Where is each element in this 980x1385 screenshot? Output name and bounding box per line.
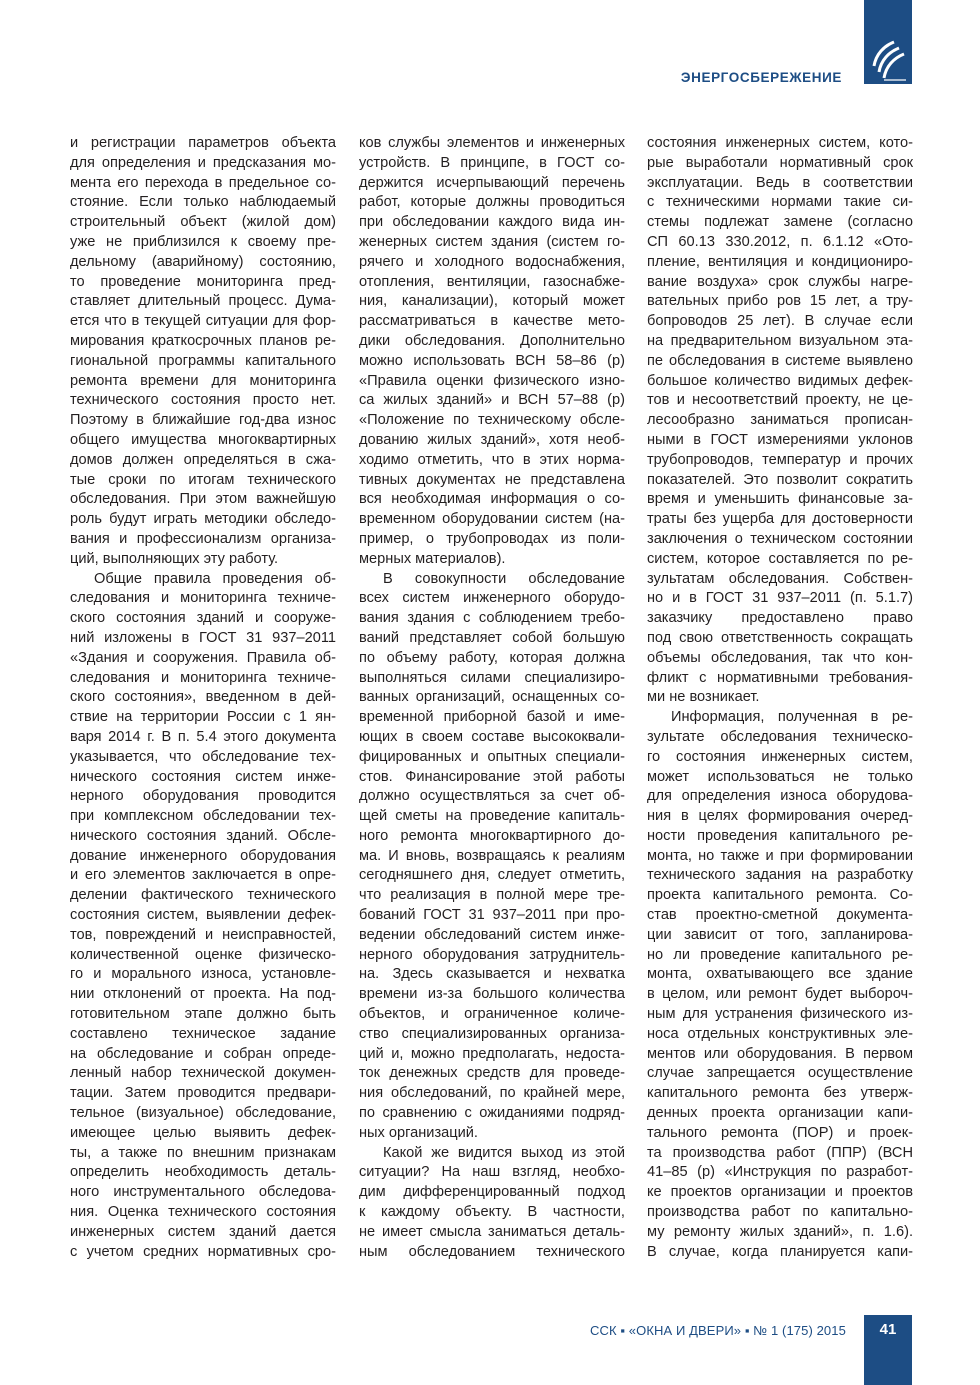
publication-footer: ССК ▪ «ОКНА И ДВЕРИ» ▪ № 1 (175) 2015 [590,1323,846,1338]
text-line: денных проекта организации капи- [647,1104,913,1124]
text-line: Общие правила проведения об- [70,570,336,590]
text-line: время и уменьшить финансовые за- [647,490,913,510]
page-number: 41 [864,1321,912,1338]
text-line: вся необходимая информация о со- [359,490,625,510]
text-line: готовительном этапе должно быть [70,1005,336,1025]
text-line: с учетом средних нормативных сро- [70,1243,336,1263]
text-line: может использоваться не только [647,768,913,788]
text-line: ставляет длительный процесс. Дума- [70,292,336,312]
text-line: строительный объект (жилой дом) [70,213,336,233]
text-line: на. Здесь сказывается и нехватка [359,965,625,985]
text-line: по сравнению с ожиданиями подряд- [359,1104,625,1124]
section-tab [864,0,912,84]
text-line: ство специализированных организа- [359,1025,625,1045]
text-line: вание воздуха» срок службы нагре- [647,273,913,293]
text-line: ми не возникает. [647,688,913,708]
text-line: зультате обследования техническо- [647,728,913,748]
text-line: в целом, или ремонт будет выбороч- [647,985,913,1005]
text-line: рые выработали нормативный срок [647,154,913,174]
text-line: отопления, вентиляции, газоснабже- [359,273,625,293]
text-line: Информация, полученная в ре- [647,708,913,728]
text-line: ского состояния зданий и сооруже- [70,609,336,629]
text-line: состояния инженерных систем, кото- [647,134,913,154]
text-line: при комплексном обследовании тех- [70,807,336,827]
text-line: что реализация в полной мере тре- [359,886,625,906]
text-line: всех систем инженерного оборудо- [359,589,625,609]
text-line: рячего и холодного водоснабжения, [359,253,625,273]
text-line: ций, выполняющих эту работу. [70,550,336,570]
text-line: ствие на территории России с 1 ян- [70,708,336,728]
text-line: то проведение мониторинга пред- [70,273,336,293]
text-line: следования и мониторинга техниче- [70,669,336,689]
text-line: составлено техническое задание [70,1025,336,1045]
text-line: заказчику предоставлено право [647,609,913,629]
text-column-2: ков службы элементов и инженерныхустройс… [359,134,625,1262]
text-line: общего имущества многоквартирных [70,431,336,451]
text-line: ющих в своем составе высококвали- [359,728,625,748]
text-line: не имеет смысла заниматься деталь- [359,1223,625,1243]
text-line: ситуации? На наш взгляд, необхо- [359,1163,625,1183]
text-line: держится исчерпывающий перечень [359,174,625,194]
text-line: обследования. При этом важнейшую [70,490,336,510]
text-line: ным для устранения физического из- [647,1005,913,1025]
text-line: ций и, можно предполагать, недоста- [359,1045,625,1065]
text-line: ванных организаций, оснащенных со- [359,688,625,708]
text-line: са жилых зданий» и ВСН 57–88 (р) [359,391,625,411]
text-line: го и морального износа, установле- [70,965,336,985]
text-line: ленный набор технической докумен- [70,1064,336,1084]
text-line: временной приборной базой и име- [359,708,625,728]
text-line: работ, которые должны проводиться [359,193,625,213]
text-line: по объему работу, которая должна [359,649,625,669]
text-line: тации. Затем проводится предвари- [70,1084,336,1104]
text-line: на обследование и собран опреде- [70,1045,336,1065]
text-line: с техническими нормами такие си- [647,193,913,213]
text-line: мирования краткосрочных планов ре- [70,332,336,352]
page-number-tab: 41 [864,1315,912,1385]
text-line: ты, а также по внешним признакам [70,1144,336,1164]
text-line: дование инженерного оборудования [70,847,336,867]
text-line: лесообразно заниматься прописан- [647,411,913,431]
text-line: ведении обследований систем инже- [359,926,625,946]
section-title: ЭНЕРГОСБЕРЕЖЕНИЕ [681,70,842,85]
text-line: стов. Финансирование этой работы [359,768,625,788]
text-line: В случае, когда планируется капи- [647,1243,913,1263]
text-line: под свою ответственность сокращать [647,629,913,649]
text-line: объемы обследования, так что кон- [647,649,913,669]
text-line: на предварительном визуальном эта- [647,332,913,352]
text-line: состояния систем, выявлении дефек- [70,906,336,926]
text-line: тивных документах не представлена [359,471,625,491]
text-line: можно использовать ВСН 58–86 (р) [359,352,625,372]
text-line: та производства работ (ППР) (ВСН [647,1144,913,1164]
text-line: вания здания с соблюдением требо- [359,609,625,629]
text-line: проекта капитального ремонта. Со- [647,886,913,906]
text-line: ния в целях формирования очеред- [647,807,913,827]
text-line: времени из-за большого количества [359,985,625,1005]
text-line: ными в ГОСТ измерениями уклонов [647,431,913,451]
text-line: инженерных систем зданий дается [70,1223,336,1243]
text-line: «Правила оценки физического изно- [359,372,625,392]
text-line: Какой же видится выход из этой [359,1144,625,1164]
text-line: Поэтому в ближайшие год-два износ [70,411,336,431]
text-line: ции зависит от того, запланирова- [647,926,913,946]
text-line: но и в ГОСТ 31 937–2011 (п. 5.1.7) [647,589,913,609]
text-line: В совокупности обследование [359,570,625,590]
text-line: фицированных и опытных специали- [359,748,625,768]
text-line: капитального ремонта без утверж- [647,1084,913,1104]
text-line: тельное (визуальное) обследование, [70,1104,336,1124]
text-line: варя 2014 г. В п. 5.4 этого документа [70,728,336,748]
text-line: тов, повреждений и неисправностей, [70,926,336,946]
text-line: ке проектов организации и проектов [647,1183,913,1203]
text-line: систем, которое составляется по ре- [647,550,913,570]
text-line: ского состояния», введенном в дей- [70,688,336,708]
text-line: СП 60.13 330.2012, п. 6.1.12 «Ото- [647,233,913,253]
text-line: нерного оборудования затруднитель- [359,946,625,966]
text-line: заключения о техническом состоянии [647,530,913,550]
text-line: ния, канализации), который может [359,292,625,312]
text-line: устройств. В принципе, в ГОСТ со- [359,154,625,174]
text-line: технического состояния просто нет. [70,391,336,411]
text-line: пе обследования в системе выявлено [647,352,913,372]
text-line: и регистрации параметров объекта [70,134,336,154]
text-line: ментов или оборудования. В первом [647,1045,913,1065]
text-line: ний изложены в ГОСТ 31 937–2011 [70,629,336,649]
text-line: эксплуатации. Ведь в соответствии [647,174,913,194]
text-line: ток денежных средств для проведе- [359,1064,625,1084]
building-arcs-logo-icon [870,36,908,82]
text-line: к каждому объекту. В частности, [359,1203,625,1223]
text-line: 41–85 (р) «Инструкция по разработ- [647,1163,913,1183]
text-line: объектов, и ограниченное количе- [359,1005,625,1025]
text-line: при обследовании каждого вида ин- [359,213,625,233]
text-line: нического состояния зданий. Обсле- [70,827,336,847]
text-line: му ремонту жилых зданий», п. 1.6). [647,1223,913,1243]
text-line: мерных материалов). [359,550,625,570]
text-line: дельному (аварийному) состоянию, [70,253,336,273]
text-line: ния обследований, по крайней мере, [359,1084,625,1104]
text-line: большое количество видимых дефек- [647,372,913,392]
text-line: бопроводов 25 лет). В случае если [647,312,913,332]
text-line: ния. Оценка технического состояния [70,1203,336,1223]
text-line: бований ГОСТ 31 937–2011 при про- [359,906,625,926]
text-line: технического задания на разработку [647,866,913,886]
text-line: временном оборудовании систем (на- [359,510,625,530]
text-line: траты без ущерба для достоверности [647,510,913,530]
text-line: случае запрещается осуществление [647,1064,913,1084]
text-line: но ли проведение капитального ре- [647,946,913,966]
text-line: ности проведения капитального ре- [647,827,913,847]
text-line: делении фактического технического [70,886,336,906]
text-line: производства работ по капитально- [647,1203,913,1223]
text-line: показателей. Это позволит сократить [647,471,913,491]
text-line: нии отклонений от проекта. На под- [70,985,336,1005]
text-line: имеющее целью выявить дефек- [70,1124,336,1144]
text-line: тального ремонта (ПОР) и проек- [647,1124,913,1144]
text-line: для определения и предсказания мо- [70,154,336,174]
text-line: сегодняшнего дня, следует отметить, [359,866,625,886]
text-line: ваний представляет собой большую [359,629,625,649]
text-line: гиональной программы капитального [70,352,336,372]
text-line: нерного оборудования проводится [70,787,336,807]
text-line: стояние. Если только наблюдаемый [70,193,336,213]
text-column-1: и регистрации параметров объектадля опре… [70,134,336,1262]
text-line: ходимо отметить, что в этих норма- [359,451,625,471]
text-line: и его элементов заключается в опре- [70,866,336,886]
text-line: зультатам обследования. Собствен- [647,570,913,590]
text-line: щей сметы на проведение капиталь- [359,807,625,827]
text-line: определить необходимость деталь- [70,1163,336,1183]
text-line: стемы подлежат замене (согласно [647,213,913,233]
text-line: «Положение по техническому обсле- [359,411,625,431]
text-line: пример, о трубопроводах из поли- [359,530,625,550]
text-line: ется что в текущей ситуации для фор- [70,312,336,332]
text-line: для определения износа оборудова- [647,787,913,807]
text-line: «Здания и сооружения. Правила об- [70,649,336,669]
text-line: выполняться силами специализиро- [359,669,625,689]
text-line: мента его перехода в предельное со- [70,174,336,194]
text-line: уже не приблизился к своему пре- [70,233,336,253]
text-line: ков службы элементов и инженерных [359,134,625,154]
text-line: дованию жилых зданий», хотя необ- [359,431,625,451]
text-line: указывается, что обследование тех- [70,748,336,768]
text-line: монта, охватывающего все здание [647,965,913,985]
text-line: следования и мониторинга техниче- [70,589,336,609]
text-line: монта, но также и при формировании [647,847,913,867]
text-line: вательных прибо ров 15 лет, а тру- [647,292,913,312]
text-line: ремонта времени для мониторинга [70,372,336,392]
text-line: рассматриваться в качестве мето- [359,312,625,332]
text-line: ного инструментального обследова- [70,1183,336,1203]
text-line: ма. И вновь, возвращаясь к реалиям [359,847,625,867]
text-line: количественной оценке физическо- [70,946,336,966]
text-line: дики обследования. Дополнительно [359,332,625,352]
text-line: трубопроводов, температур и прочих [647,451,913,471]
text-line: должно осуществляться за счет об- [359,787,625,807]
text-line: ного ремонта многоквартирного до- [359,827,625,847]
text-line: го состояния инженерных систем, [647,748,913,768]
text-line: тов и несоответствий проекту, не це- [647,391,913,411]
text-line: роль будут играть методики обследо- [70,510,336,530]
text-line: носа отдельных конструктивных эле- [647,1025,913,1045]
text-line: тые сроки по итогам технического [70,471,336,491]
text-line: нического состояния систем инже- [70,768,336,788]
text-line: вания и профессионализм организа- [70,530,336,550]
text-column-3: состояния инженерных систем, кото-рые вы… [647,134,913,1262]
text-line: ных организаций. [359,1124,625,1144]
text-line: став проектно-сметной документа- [647,906,913,926]
text-line: дим дифференцированный подход [359,1183,625,1203]
text-line: фликт с нормативными требования- [647,669,913,689]
text-line: пление, вентиляция и кондициониро- [647,253,913,273]
text-line: ным обследованием технического [359,1243,625,1263]
text-line: женерных систем здания (систем го- [359,233,625,253]
text-line: домов должен определяться в сжа- [70,451,336,471]
